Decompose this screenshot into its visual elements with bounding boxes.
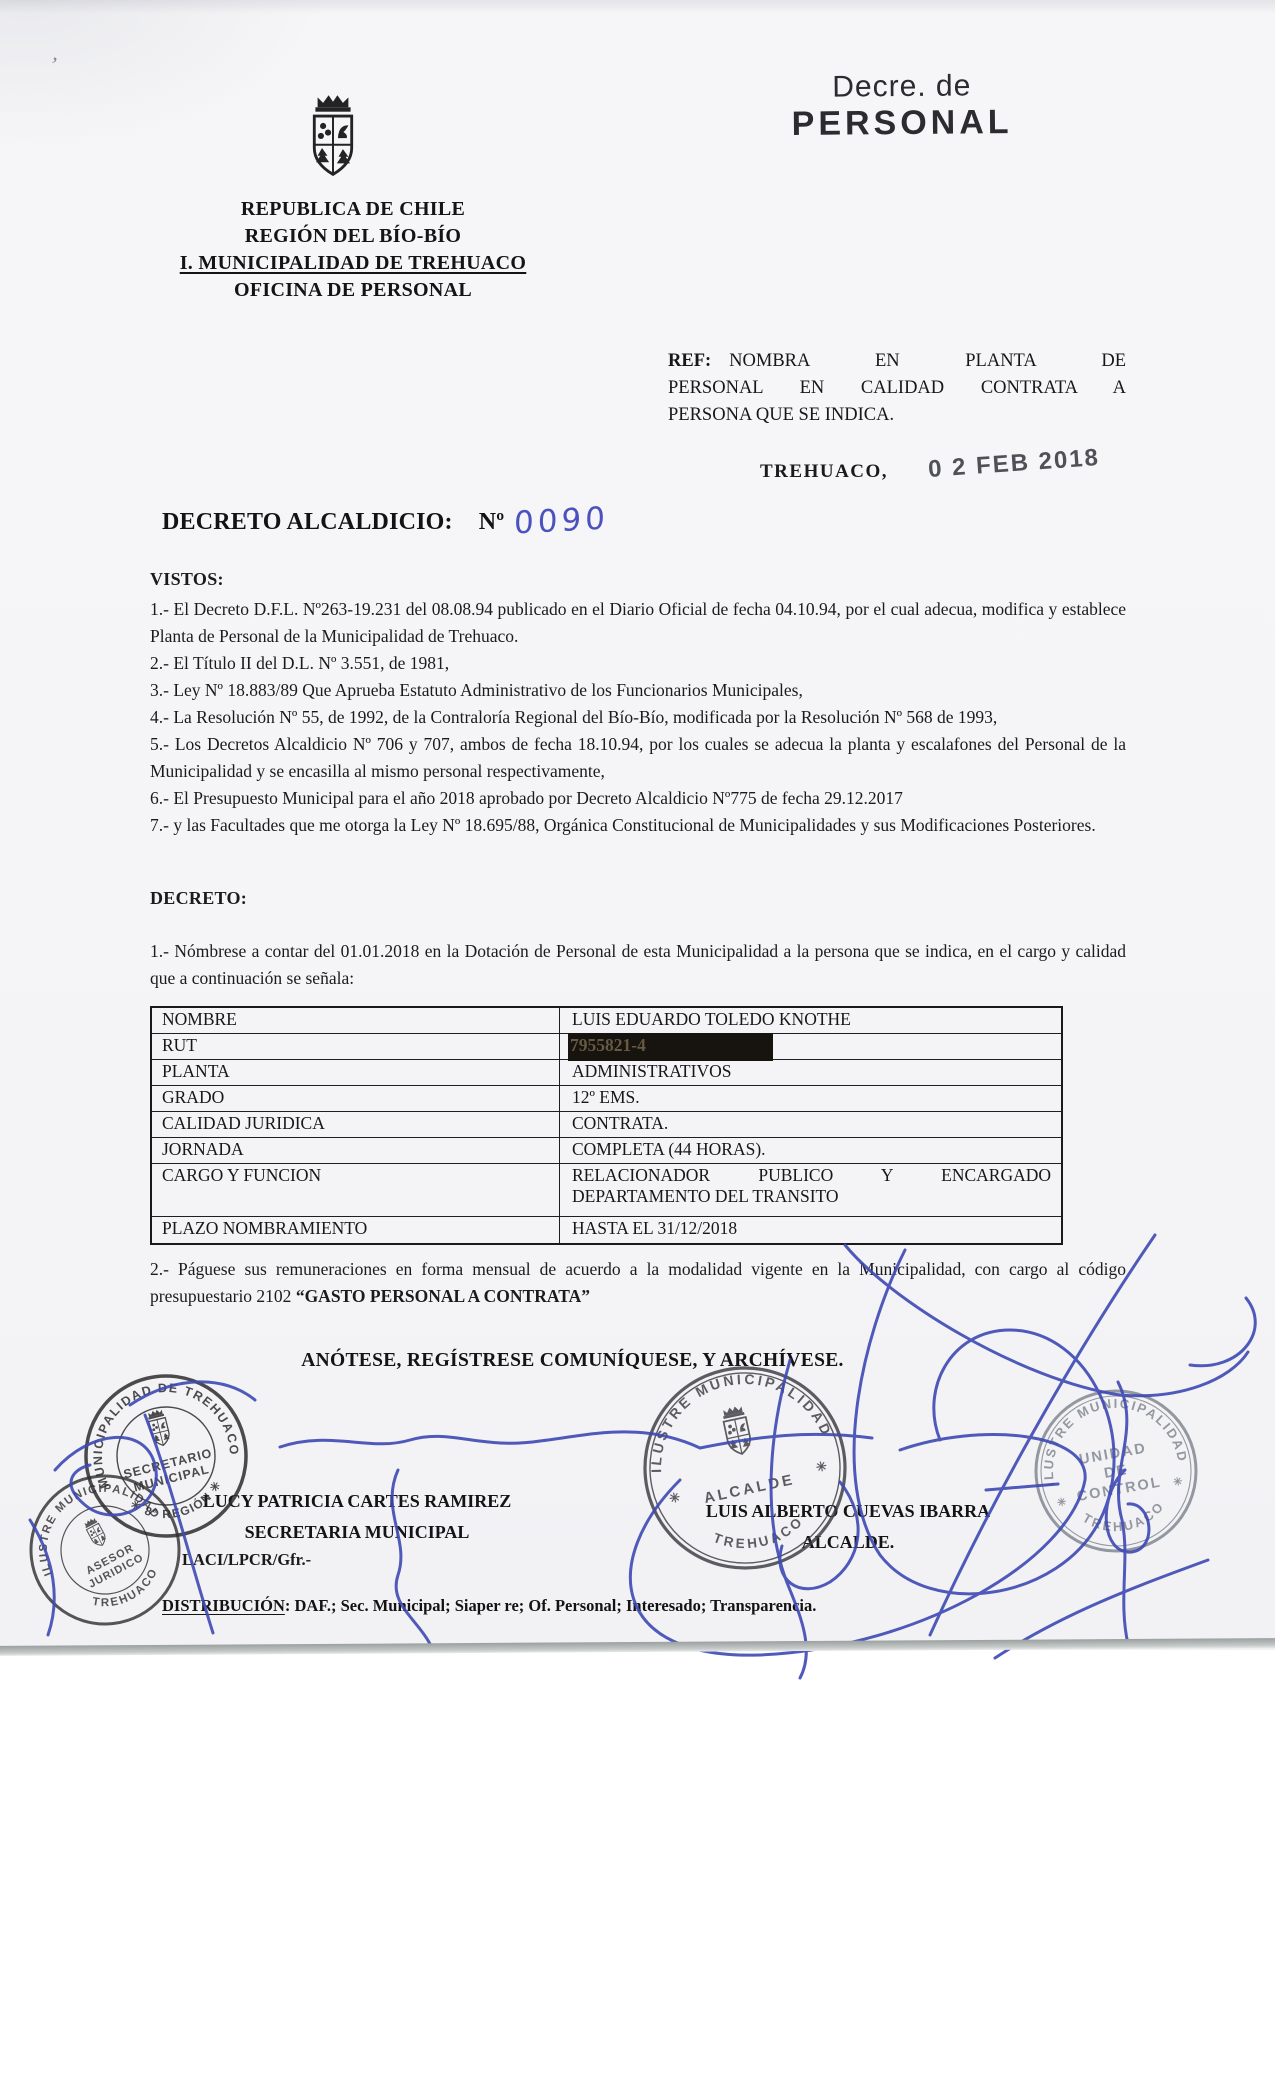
table-row: NOMBRE LUIS EDUARDO TOLEDO KNOTHE [152,1008,1061,1034]
document-page: ’ REPUBLICA DE CHILE REGIÓN DEL BÍO-BÍO … [0,0,1275,1650]
table-row: GRADO 12º EMS. [152,1086,1061,1112]
table-row: PLANTA ADMINISTRATIVOS [152,1060,1061,1086]
stamp-shield-icon [83,1517,109,1549]
letterhead-municipality: I. MUNICIPALIDAD DE TREHUACO [138,250,568,277]
stamp-line1: Decre. de [768,69,1036,105]
decreto-paragraph-1: 1.- Nómbrese a contar del 01.01.2018 en … [150,938,1126,992]
stamp-line2: PERSONAL [768,103,1036,144]
cargo-line-2: DEPARTAMENTO DEL TRANSITO [572,1186,1051,1207]
vistos-item: 4.- La Resolución Nº 55, de 1992, de la … [150,704,1126,731]
scanned-decree-page: ’ REPUBLICA DE CHILE REGIÓN DEL BÍO-BÍO … [0,0,1275,2100]
decree-number-label: Nº [479,509,505,535]
table-row: PLAZO NOMBRAMIENTO HASTA EL 31/12/2018 [152,1217,1061,1243]
stamp-unidad-control: ILUSTRE MUNICIPALIDAD TREHUACO UNIDAD DE… [1018,1373,1215,1570]
table-row: JORNADA COMPLETA (44 HORAS). [152,1138,1061,1164]
letterhead: REPUBLICA DE CHILE REGIÓN DEL BÍO-BÍO I.… [138,196,568,304]
decree-title-row: DECRETO ALCALDICIO:Nº0090 [162,503,609,539]
svg-text:✳: ✳ [1172,1476,1183,1489]
date-received-stamp: 0 2 FEB 2018 [927,444,1101,484]
letterhead-region: REGIÓN DEL BÍO-BÍO [138,223,568,250]
stamp-shield-icon [721,1405,753,1457]
distribution-label: DISTRIBUCIÓN [162,1596,285,1615]
svg-text:✳: ✳ [1056,1496,1067,1509]
rut-value: 7955821-4 [570,1035,646,1055]
vistos-item: 5.- Los Decretos Alcaldicio Nº 706 y 707… [150,731,1126,785]
scan-page-bottom-edge [0,1638,1275,1656]
appointment-table: NOMBRE LUIS EDUARDO TOLEDO KNOTHE RUT 79… [150,1006,1063,1245]
vistos-item: 1.- El Decreto D.F.L. Nº263-19.231 del 0… [150,596,1126,650]
svg-text:TREHUACO: TREHUACO [709,1511,810,1559]
table-row: CARGO Y FUNCION RELACIONADOR PUBLICO Y E… [152,1164,1061,1217]
personnel-decree-stamp: Decre. de PERSONAL [768,69,1037,144]
ref-line-2: PERSONAL EN CALIDAD CONTRATA A [668,375,1126,402]
ref-line-3: PERSONA QUE SE INDICA. [668,402,1126,429]
vistos-item: 2.- El Título II del D.L. Nº 3.551, de 1… [150,650,1126,677]
letterhead-country: REPUBLICA DE CHILE [138,196,568,223]
decree-number-handwritten: 0090 [514,500,609,541]
dateline-city: TREHUACO, [760,461,888,483]
stamp-alcalde: ILUSTRE MUNICIPALIDAD TREHUACO ALCALDE ✳… [620,1343,869,1592]
budget-code-bold: “GASTO PERSONAL A CONTRATA” [296,1286,590,1306]
vistos-item: 7.- y las Facultades que me otorga la Le… [150,812,1126,839]
ref-line-1: NOMBRA EN PLANTA DE [729,351,1126,371]
svg-text:✳: ✳ [814,1458,828,1475]
vistos-heading: VISTOS: [150,566,1126,593]
letterhead-office: OFICINA DE PERSONAL [138,277,568,304]
svg-text:✳: ✳ [668,1489,682,1506]
vistos-item: 3.- Ley Nº 18.883/89 Que Aprueba Estatut… [150,677,1126,704]
decreto-paragraph-2: 2.- Páguese sus remuneraciones en forma … [150,1256,1126,1310]
svg-text:DE: DE [1103,1462,1130,1482]
ref-block: REF:NOMBRA EN PLANTA DE PERSONAL EN CALI… [668,348,1126,429]
distribution-text: : DAF.; Sec. Municipal; Siaper re; Of. P… [285,1596,817,1615]
ref-label: REF: [668,351,711,371]
svg-text:ALCALDE: ALCALDE [702,1471,796,1507]
decreto-heading: DECRETO: [150,888,247,909]
coat-of-arms-icon [300,90,366,184]
decree-title: DECRETO ALCALDICIO: [162,509,453,535]
closing-formula: ANÓTESE, REGÍSTRESE COMUNÍQUESE, Y ARCHÍ… [150,1350,995,1372]
vistos-section: VISTOS: 1.- El Decreto D.F.L. Nº263-19.2… [150,566,1126,839]
cargo-line-1: RELACIONADOR PUBLICO Y ENCARGADO [572,1165,1051,1186]
vistos-item: 6.- El Presupuesto Municipal para el año… [150,785,1126,812]
table-row: CALIDAD JURIDICA CONTRATA. [152,1112,1061,1138]
table-row: RUT 7955821-4 [152,1034,1061,1060]
redaction-box: 7955821-4 [568,1033,773,1061]
distribution-line: DISTRIBUCIÓN: DAF.; Sec. Municipal; Siap… [162,1596,816,1616]
stamp-shield-icon [146,1408,171,1447]
scan-artifact-mark: ’ [47,52,60,79]
